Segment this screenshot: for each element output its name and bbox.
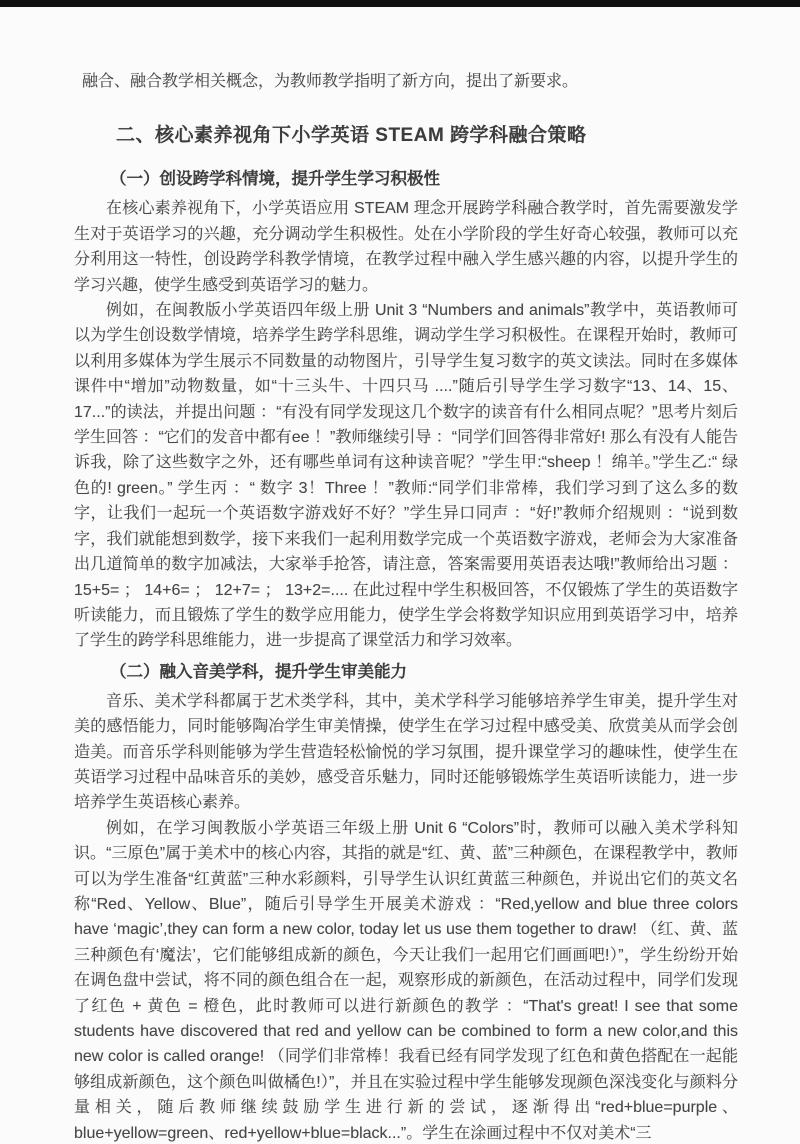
paragraph-numbers-animals-example: 例如，在闽教版小学英语四年级上册 Unit 3 “Numbers and ani… bbox=[74, 298, 738, 654]
section-heading-steam-strategies: 二、核心素养视角下小学英语 STEAM 跨学科融合策略 bbox=[116, 122, 738, 150]
document-page: 融合、融合教学相关概念，为教师教学指明了新方向，提出了新要求。 二、核心素养视角… bbox=[0, 7, 800, 1144]
paragraph-colors-example: 例如，在学习闽教版小学英语三年级上册 Unit 6 “Colors”时，教师可以… bbox=[74, 816, 738, 1144]
paragraph-core-literacy-intro: 在核心素养视角下，小学英语应用 STEAM 理念开展跨学科融合教学时，首先需要激… bbox=[74, 196, 738, 298]
paragraph-music-art-intro: 音乐、美术学科都属于艺术类学科，其中，美术学科学习能够培养学生审美，提升学生对美… bbox=[74, 689, 738, 816]
subsection-heading-2: （二）融入音美学科，提升学生审美能力 bbox=[110, 659, 738, 685]
subsection-heading-1: （一）创设跨学科情境，提升学生学习积极性 bbox=[110, 166, 738, 192]
paragraph-continuation: 融合、融合教学相关概念，为教师教学指明了新方向，提出了新要求。 bbox=[82, 69, 738, 94]
document-photo: 融合、融合教学相关概念，为教师教学指明了新方向，提出了新要求。 二、核心素养视角… bbox=[0, 0, 800, 1144]
photo-top-edge bbox=[0, 0, 800, 7]
